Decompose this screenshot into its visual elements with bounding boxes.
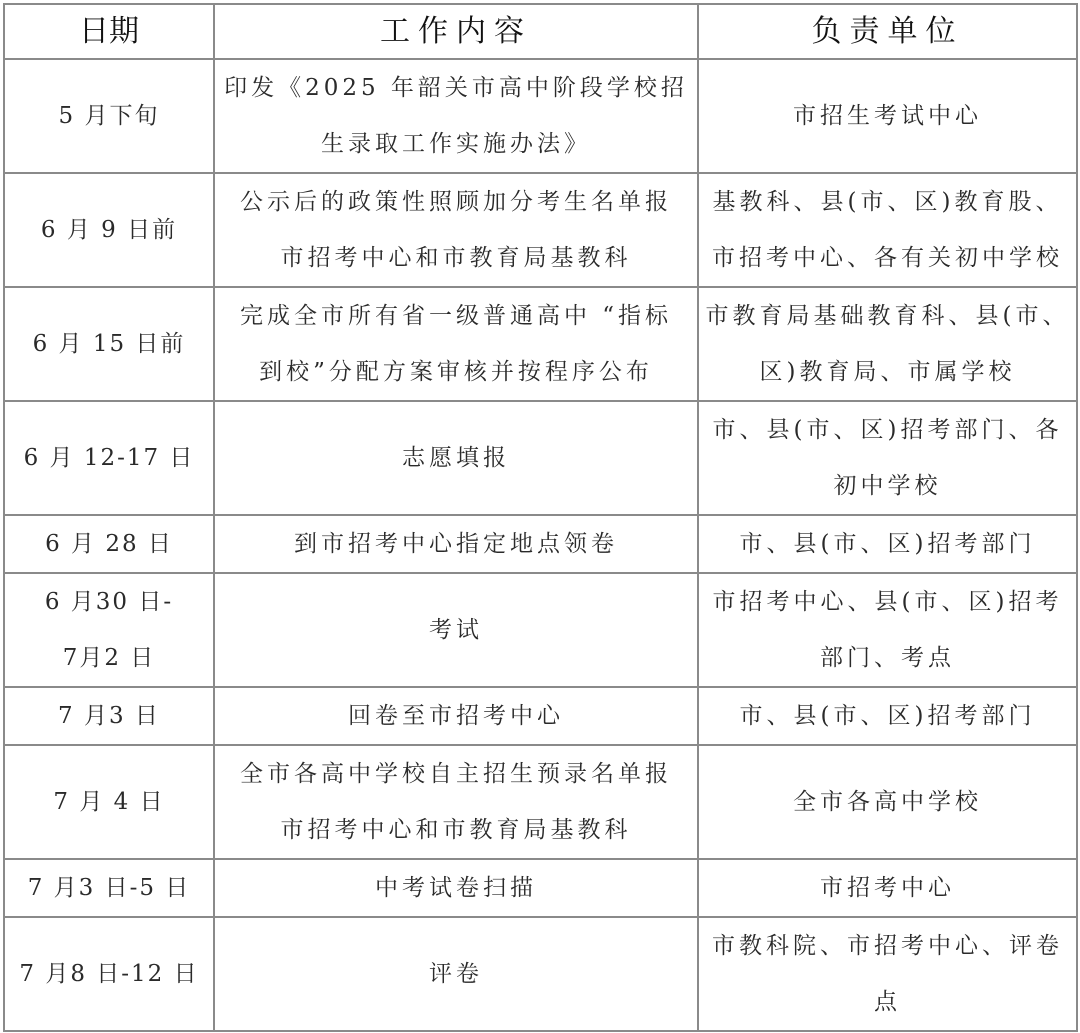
content-cell: 评卷: [214, 917, 698, 1031]
table-row: 6 月 9 日前 公示后的政策性照顾加分考生名单报市招考中心和市教育局基教科 基…: [4, 173, 1077, 287]
content-cell: 印发《2025 年韶关市高中阶段学校招生录取工作实施办法》: [214, 59, 698, 173]
content-cell: 全市各高中学校自主招生预录名单报市招考中心和市教育局基教科: [214, 745, 698, 859]
unit-cell: 市教科院、市招考中心、评卷点: [698, 917, 1077, 1031]
unit-cell: 市教育局基础教育科、县(市、区)教育局、市属学校: [698, 287, 1077, 401]
header-responsible-unit: 负责单位: [698, 4, 1077, 59]
schedule-table: 日期 工作内容 负责单位 5 月下旬 印发《2025 年韶关市高中阶段学校招生录…: [3, 3, 1078, 1032]
date-cell: 6 月 28 日: [4, 515, 214, 573]
date-cell: 7 月 4 日: [4, 745, 214, 859]
date-cell: 6 月 9 日前: [4, 173, 214, 287]
header-date: 日期: [4, 4, 214, 59]
unit-cell: 全市各高中学校: [698, 745, 1077, 859]
table-row: 6 月 12-17 日 志愿填报 市、县(市、区)招考部门、各初中学校: [4, 401, 1077, 515]
content-cell: 公示后的政策性照顾加分考生名单报市招考中心和市教育局基教科: [214, 173, 698, 287]
unit-cell: 市、县(市、区)招考部门、各初中学校: [698, 401, 1077, 515]
unit-cell: 市招考中心: [698, 859, 1077, 917]
header-work-content: 工作内容: [214, 4, 698, 59]
date-cell: 7 月8 日-12 日: [4, 917, 214, 1031]
table-row: 6 月 28 日 到市招考中心指定地点领卷 市、县(市、区)招考部门: [4, 515, 1077, 573]
unit-cell: 市、县(市、区)招考部门: [698, 687, 1077, 745]
table-row: 7 月 4 日 全市各高中学校自主招生预录名单报市招考中心和市教育局基教科 全市…: [4, 745, 1077, 859]
content-cell: 完成全市所有省一级普通高中 “指标到校”分配方案审核并按程序公布: [214, 287, 698, 401]
table-row: 6 月 15 日前 完成全市所有省一级普通高中 “指标到校”分配方案审核并按程序…: [4, 287, 1077, 401]
date-cell: 6 月30 日-7月2 日: [4, 573, 214, 687]
date-cell: 7 月3 日: [4, 687, 214, 745]
date-cell: 7 月3 日-5 日: [4, 859, 214, 917]
table-row: 6 月30 日-7月2 日 考试 市招考中心、县(市、区)招考部门、考点: [4, 573, 1077, 687]
unit-cell: 市、县(市、区)招考部门: [698, 515, 1077, 573]
table-row: 5 月下旬 印发《2025 年韶关市高中阶段学校招生录取工作实施办法》 市招生考…: [4, 59, 1077, 173]
content-cell: 考试: [214, 573, 698, 687]
unit-cell: 市招生考试中心: [698, 59, 1077, 173]
table-header-row: 日期 工作内容 负责单位: [4, 4, 1077, 59]
content-cell: 中考试卷扫描: [214, 859, 698, 917]
table-row: 7 月3 日 回卷至市招考中心 市、县(市、区)招考部门: [4, 687, 1077, 745]
content-cell: 回卷至市招考中心: [214, 687, 698, 745]
unit-cell: 基教科、县(市、区)教育股、市招考中心、各有关初中学校: [698, 173, 1077, 287]
content-cell: 到市招考中心指定地点领卷: [214, 515, 698, 573]
unit-cell: 市招考中心、县(市、区)招考部门、考点: [698, 573, 1077, 687]
content-cell: 志愿填报: [214, 401, 698, 515]
table-row: 7 月3 日-5 日 中考试卷扫描 市招考中心: [4, 859, 1077, 917]
date-cell: 6 月 15 日前: [4, 287, 214, 401]
date-cell: 5 月下旬: [4, 59, 214, 173]
date-cell: 6 月 12-17 日: [4, 401, 214, 515]
table-row: 7 月8 日-12 日 评卷 市教科院、市招考中心、评卷点: [4, 917, 1077, 1031]
